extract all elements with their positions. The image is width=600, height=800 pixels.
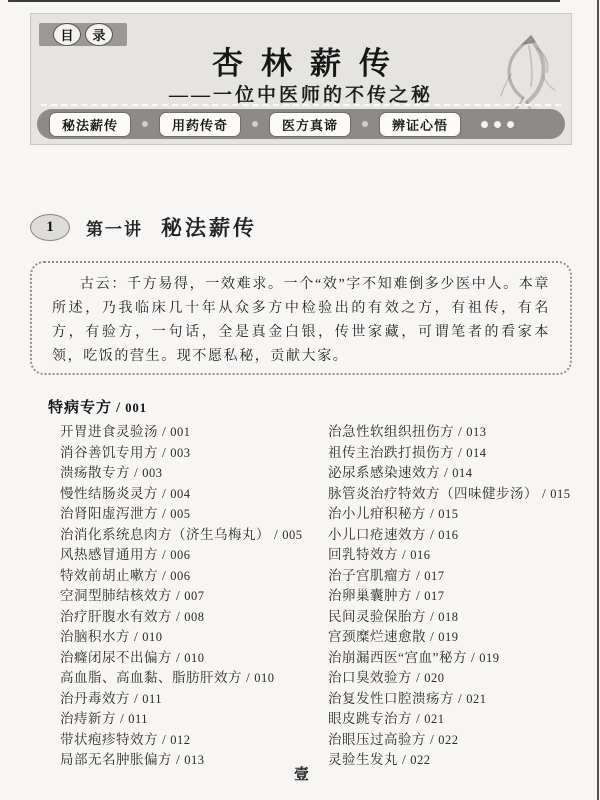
- toc-separator: /: [120, 711, 124, 726]
- toc-separator: /: [134, 691, 138, 706]
- toc-entry-title: 祖传主治跌打损伤方: [328, 445, 454, 460]
- toc-entry-title: 眼皮跳专治方: [328, 711, 412, 726]
- chapter-tab-label: 秘法薪传: [49, 112, 131, 137]
- chapter-tab: 秘法薪传: [49, 112, 159, 137]
- toc-entry-title: 消谷善饥专用方: [60, 445, 158, 460]
- toc-entry-page: 021: [424, 712, 444, 726]
- section-heading: 1 第一讲 秘法薪传: [30, 212, 257, 242]
- chapter-tabs: 秘法薪传 用药传奇 医方真谛 辨证心悟: [49, 112, 461, 137]
- toc-entry-page: 015: [438, 507, 458, 521]
- toc-entry-title: 治痔新方: [60, 711, 116, 726]
- toc-entry-page: 012: [170, 733, 190, 747]
- toc-separator: /: [162, 568, 166, 583]
- dot-icon: [507, 121, 514, 128]
- dashed-separator: [41, 104, 561, 106]
- toc-separator: /: [430, 732, 434, 747]
- toc-entry-title: 脉管炎治疗特效方（四味健步汤）: [328, 486, 538, 501]
- toc-entry-page: 008: [184, 610, 204, 624]
- toc-entry-title: 治复发性口腔溃疡方: [328, 691, 454, 706]
- section-label: 第一讲: [86, 215, 143, 240]
- toc-entry-title: 民间灵验保胎方: [328, 609, 426, 624]
- toc-entry: 泌尿系感染速效方/014: [328, 463, 572, 484]
- toc-entry-title: 带状疱疹特效方: [60, 732, 158, 747]
- dot-icon: [481, 121, 488, 128]
- toc-separator: /: [416, 670, 420, 685]
- book-subtitle: ——一位中医师的不传之秘: [31, 80, 571, 107]
- toc-entry-title: 治脑积水方: [60, 629, 130, 644]
- toc-separator: /: [176, 609, 180, 624]
- toc-separator: /: [430, 629, 434, 644]
- toc-separator: /: [162, 424, 166, 439]
- toc-entry: 治小儿疳积秘方/015: [328, 504, 572, 525]
- toc-separator: /: [416, 568, 420, 583]
- book-toc-page: { "header": { "toc_badge": ["目", "录"], "…: [0, 0, 600, 800]
- toc-entry: 治肾阳虚泻泄方/005: [60, 504, 328, 525]
- toc-entry: 治疗肝腹水有效方/008: [60, 607, 328, 628]
- toc-entry: 小儿口疮速效方/016: [328, 525, 572, 546]
- toc-entry: 慢性结肠炎灵方/004: [60, 484, 328, 505]
- toc-entry: 脉管炎治疗特效方（四味健步汤）/015: [328, 484, 572, 505]
- folio-page-number: 壹: [0, 763, 600, 784]
- toc-section-title: 特病专方: [48, 400, 112, 416]
- toc-entry-page: 006: [170, 548, 190, 562]
- toc-entry-title: 治崩漏西医“宫血”秘方: [328, 650, 467, 665]
- toc-separator: /: [162, 486, 166, 501]
- tab-separator-dot-icon: [142, 121, 148, 127]
- toc-entry: 回乳特效方/016: [328, 545, 572, 566]
- chapter-tab-label: 医方真谛: [269, 112, 351, 137]
- toc-separator: /: [162, 732, 166, 747]
- toc-separator: /: [458, 445, 462, 460]
- toc-entry-page: 004: [170, 487, 190, 501]
- toc-entry-page: 011: [142, 692, 162, 706]
- toc-entry-page: 010: [184, 651, 204, 665]
- toc-entry-page: 013: [466, 425, 486, 439]
- chapter-tab: 辨证心悟: [379, 112, 461, 137]
- toc-entry: 开胃进食灵验汤/001: [60, 422, 328, 443]
- toc-entry-title: 治消化系统息肉方（济生乌梅丸）: [60, 527, 270, 542]
- section-title: 秘法薪传: [161, 212, 257, 242]
- toc-entry: 治崩漏西医“宫血”秘方/019: [328, 648, 572, 669]
- chapter-tab: 用药传奇: [159, 112, 269, 137]
- dot-icon: [494, 121, 501, 128]
- toc-separator: /: [430, 609, 434, 624]
- toc-entry-title: 空洞型肺结核效方: [60, 588, 172, 603]
- toc-entry-page: 006: [170, 569, 190, 583]
- toc-entry: 治卵巢囊肿方/017: [328, 586, 572, 607]
- toc-entry-page: 010: [142, 630, 162, 644]
- toc-entry: 治复发性口腔溃疡方/021: [328, 689, 572, 710]
- toc-entry-page: 019: [479, 651, 499, 665]
- toc-entry-title: 小儿口疮速效方: [328, 527, 426, 542]
- toc-entry-page: 001: [170, 425, 190, 439]
- toc-separator: /: [176, 650, 180, 665]
- toc-entry-page: 015: [550, 487, 570, 501]
- toc-entry-page: 005: [282, 528, 302, 542]
- toc-separator: /: [471, 650, 475, 665]
- scan-edge-right: [597, 0, 599, 800]
- toc-entry-title: 治疗肝腹水有效方: [60, 609, 172, 624]
- toc-entry-title: 风热感冒通用方: [60, 547, 158, 562]
- chapter-tabbar: 秘法薪传 用药传奇 医方真谛 辨证心悟: [37, 109, 565, 139]
- toc-entry: 民间灵验保胎方/018: [328, 607, 572, 628]
- header-panel: 目 录 杏林薪传 ——一位中医师的不传之秘 秘法薪传: [30, 13, 572, 145]
- toc-entry-title: 治癃闭尿不出偏方: [60, 650, 172, 665]
- toc-entry-page: 007: [184, 589, 204, 603]
- toc-entry-page: 017: [424, 569, 444, 583]
- toc-entry: 治子宫肌瘤方/017: [328, 566, 572, 587]
- toc-entry: 治癃闭尿不出偏方/010: [60, 648, 328, 669]
- toc-entry-page: 016: [410, 548, 430, 562]
- toc-separator: /: [402, 547, 406, 562]
- toc-entry: 空洞型肺结核效方/007: [60, 586, 328, 607]
- toc-entry-title: 泌尿系感染速效方: [328, 465, 440, 480]
- toc-entry-page: 003: [142, 466, 162, 480]
- toc-entry: 治丹毒效方/011: [60, 689, 328, 710]
- toc-entry-title: 宫颈糜烂速愈散: [328, 629, 426, 644]
- toc-entry: 治急性软组织扭伤方/013: [328, 422, 572, 443]
- chapter-intro-quote-box: 古云：千方易得，一效难求。一个“效”字不知难倒多少医中人。本章所述，乃我临床几十…: [30, 261, 572, 375]
- book-title: 杏林薪传: [31, 38, 571, 83]
- toc-entry-title: 治小儿疳积秘方: [328, 506, 426, 521]
- toc-section-header: 特病专方/001: [0, 396, 572, 417]
- toc-separator: /: [458, 691, 462, 706]
- toc-column-right: 治急性软组织扭伤方/013 祖传主治跌打损伤方/014 泌尿系感染速效方/014…: [328, 422, 572, 771]
- toc-separator: /: [274, 527, 278, 542]
- toc-entry: 高血脂、高血黏、脂肪肝效方/010: [60, 668, 328, 689]
- toc-entry-title: 开胃进食灵验汤: [60, 424, 158, 439]
- toc-entry-page: 003: [170, 446, 190, 460]
- tab-separator-dot-icon: [362, 121, 368, 127]
- toc-columns: 开胃进食灵验汤/001 消谷善饥专用方/003 溃疡散专方/003 慢性结肠炎灵…: [0, 422, 572, 771]
- toc-entry-page: 005: [170, 507, 190, 521]
- toc-entry-page: 014: [452, 466, 472, 480]
- toc-entry: 治消化系统息肉方（济生乌梅丸）/005: [60, 525, 328, 546]
- toc-separator: /: [246, 670, 250, 685]
- toc-entry-page: 020: [424, 671, 444, 685]
- toc-separator: /: [116, 400, 121, 416]
- toc-entry-title: 慢性结肠炎灵方: [60, 486, 158, 501]
- toc-entry-title: 治口臭效验方: [328, 670, 412, 685]
- toc-entry: 治痔新方/011: [60, 709, 328, 730]
- chapter-intro-quote: 古云：千方易得，一效难求。一个“效”字不知难倒多少医中人。本章所述，乃我临床几十…: [52, 273, 550, 369]
- toc-entry-title: 特效前胡止嗽方: [60, 568, 158, 583]
- toc-entry: 眼皮跳专治方/021: [328, 709, 572, 730]
- chapter-tab-label: 辨证心悟: [379, 112, 461, 137]
- toc-section-page: 001: [125, 401, 147, 415]
- toc-separator: /: [416, 711, 420, 726]
- toc-separator: /: [430, 527, 434, 542]
- chapter-tab-label: 用药传奇: [159, 112, 241, 137]
- toc-entry-title: 高血脂、高血黏、脂肪肝效方: [60, 670, 242, 685]
- toc-separator: /: [542, 486, 546, 501]
- toc-entry: 治眼压过高验方/022: [328, 730, 572, 751]
- toc-separator: /: [416, 588, 420, 603]
- toc-entry-page: 014: [466, 446, 486, 460]
- toc-entry-page: 016: [438, 528, 458, 542]
- toc-separator: /: [134, 629, 138, 644]
- toc-entry-page: 011: [128, 712, 148, 726]
- toc-entry-title: 治卵巢囊肿方: [328, 588, 412, 603]
- scan-edge-top: [8, 0, 560, 2]
- toc-entry: 宫颈糜烂速愈散/019: [328, 627, 572, 648]
- toc-list: 特病专方/001 开胃进食灵验汤/001 消谷善饥专用方/003 溃疡散专方/0…: [0, 396, 572, 771]
- toc-separator: /: [444, 465, 448, 480]
- toc-entry-title: 治子宫肌瘤方: [328, 568, 412, 583]
- tab-separator-dot-icon: [252, 121, 258, 127]
- toc-entry-title: 回乳特效方: [328, 547, 398, 562]
- toc-entry-title: 治眼压过高验方: [328, 732, 426, 747]
- toc-entry-page: 022: [438, 733, 458, 747]
- toc-entry-page: 010: [254, 671, 274, 685]
- section-number-badge: 1: [30, 214, 70, 241]
- toc-entry: 溃疡散专方/003: [60, 463, 328, 484]
- toc-separator: /: [134, 465, 138, 480]
- toc-entry-page: 019: [438, 630, 458, 644]
- toc-separator: /: [162, 547, 166, 562]
- toc-entry-title: 治丹毒效方: [60, 691, 130, 706]
- toc-entry-title: 治急性软组织扭伤方: [328, 424, 454, 439]
- toc-entry: 消谷善饥专用方/003: [60, 443, 328, 464]
- toc-entry: 祖传主治跌打损伤方/014: [328, 443, 572, 464]
- toc-entry-title: 溃疡散专方: [60, 465, 130, 480]
- toc-entry: 带状疱疹特效方/012: [60, 730, 328, 751]
- toc-column-left: 开胃进食灵验汤/001 消谷善饥专用方/003 溃疡散专方/003 慢性结肠炎灵…: [60, 422, 328, 771]
- toc-separator: /: [176, 588, 180, 603]
- toc-entry-title: 治肾阳虚泻泄方: [60, 506, 158, 521]
- chapter-tab: 医方真谛: [269, 112, 379, 137]
- more-dots-icon: [481, 121, 514, 128]
- toc-separator: /: [430, 506, 434, 521]
- toc-entry: 治脑积水方/010: [60, 627, 328, 648]
- toc-separator: /: [162, 506, 166, 521]
- toc-entry-page: 021: [466, 692, 486, 706]
- toc-entry: 风热感冒通用方/006: [60, 545, 328, 566]
- toc-entry: 特效前胡止嗽方/006: [60, 566, 328, 587]
- toc-entry-page: 018: [438, 610, 458, 624]
- toc-entry: 治口臭效验方/020: [328, 668, 572, 689]
- toc-entry-page: 017: [424, 589, 444, 603]
- toc-separator: /: [458, 424, 462, 439]
- toc-separator: /: [162, 445, 166, 460]
